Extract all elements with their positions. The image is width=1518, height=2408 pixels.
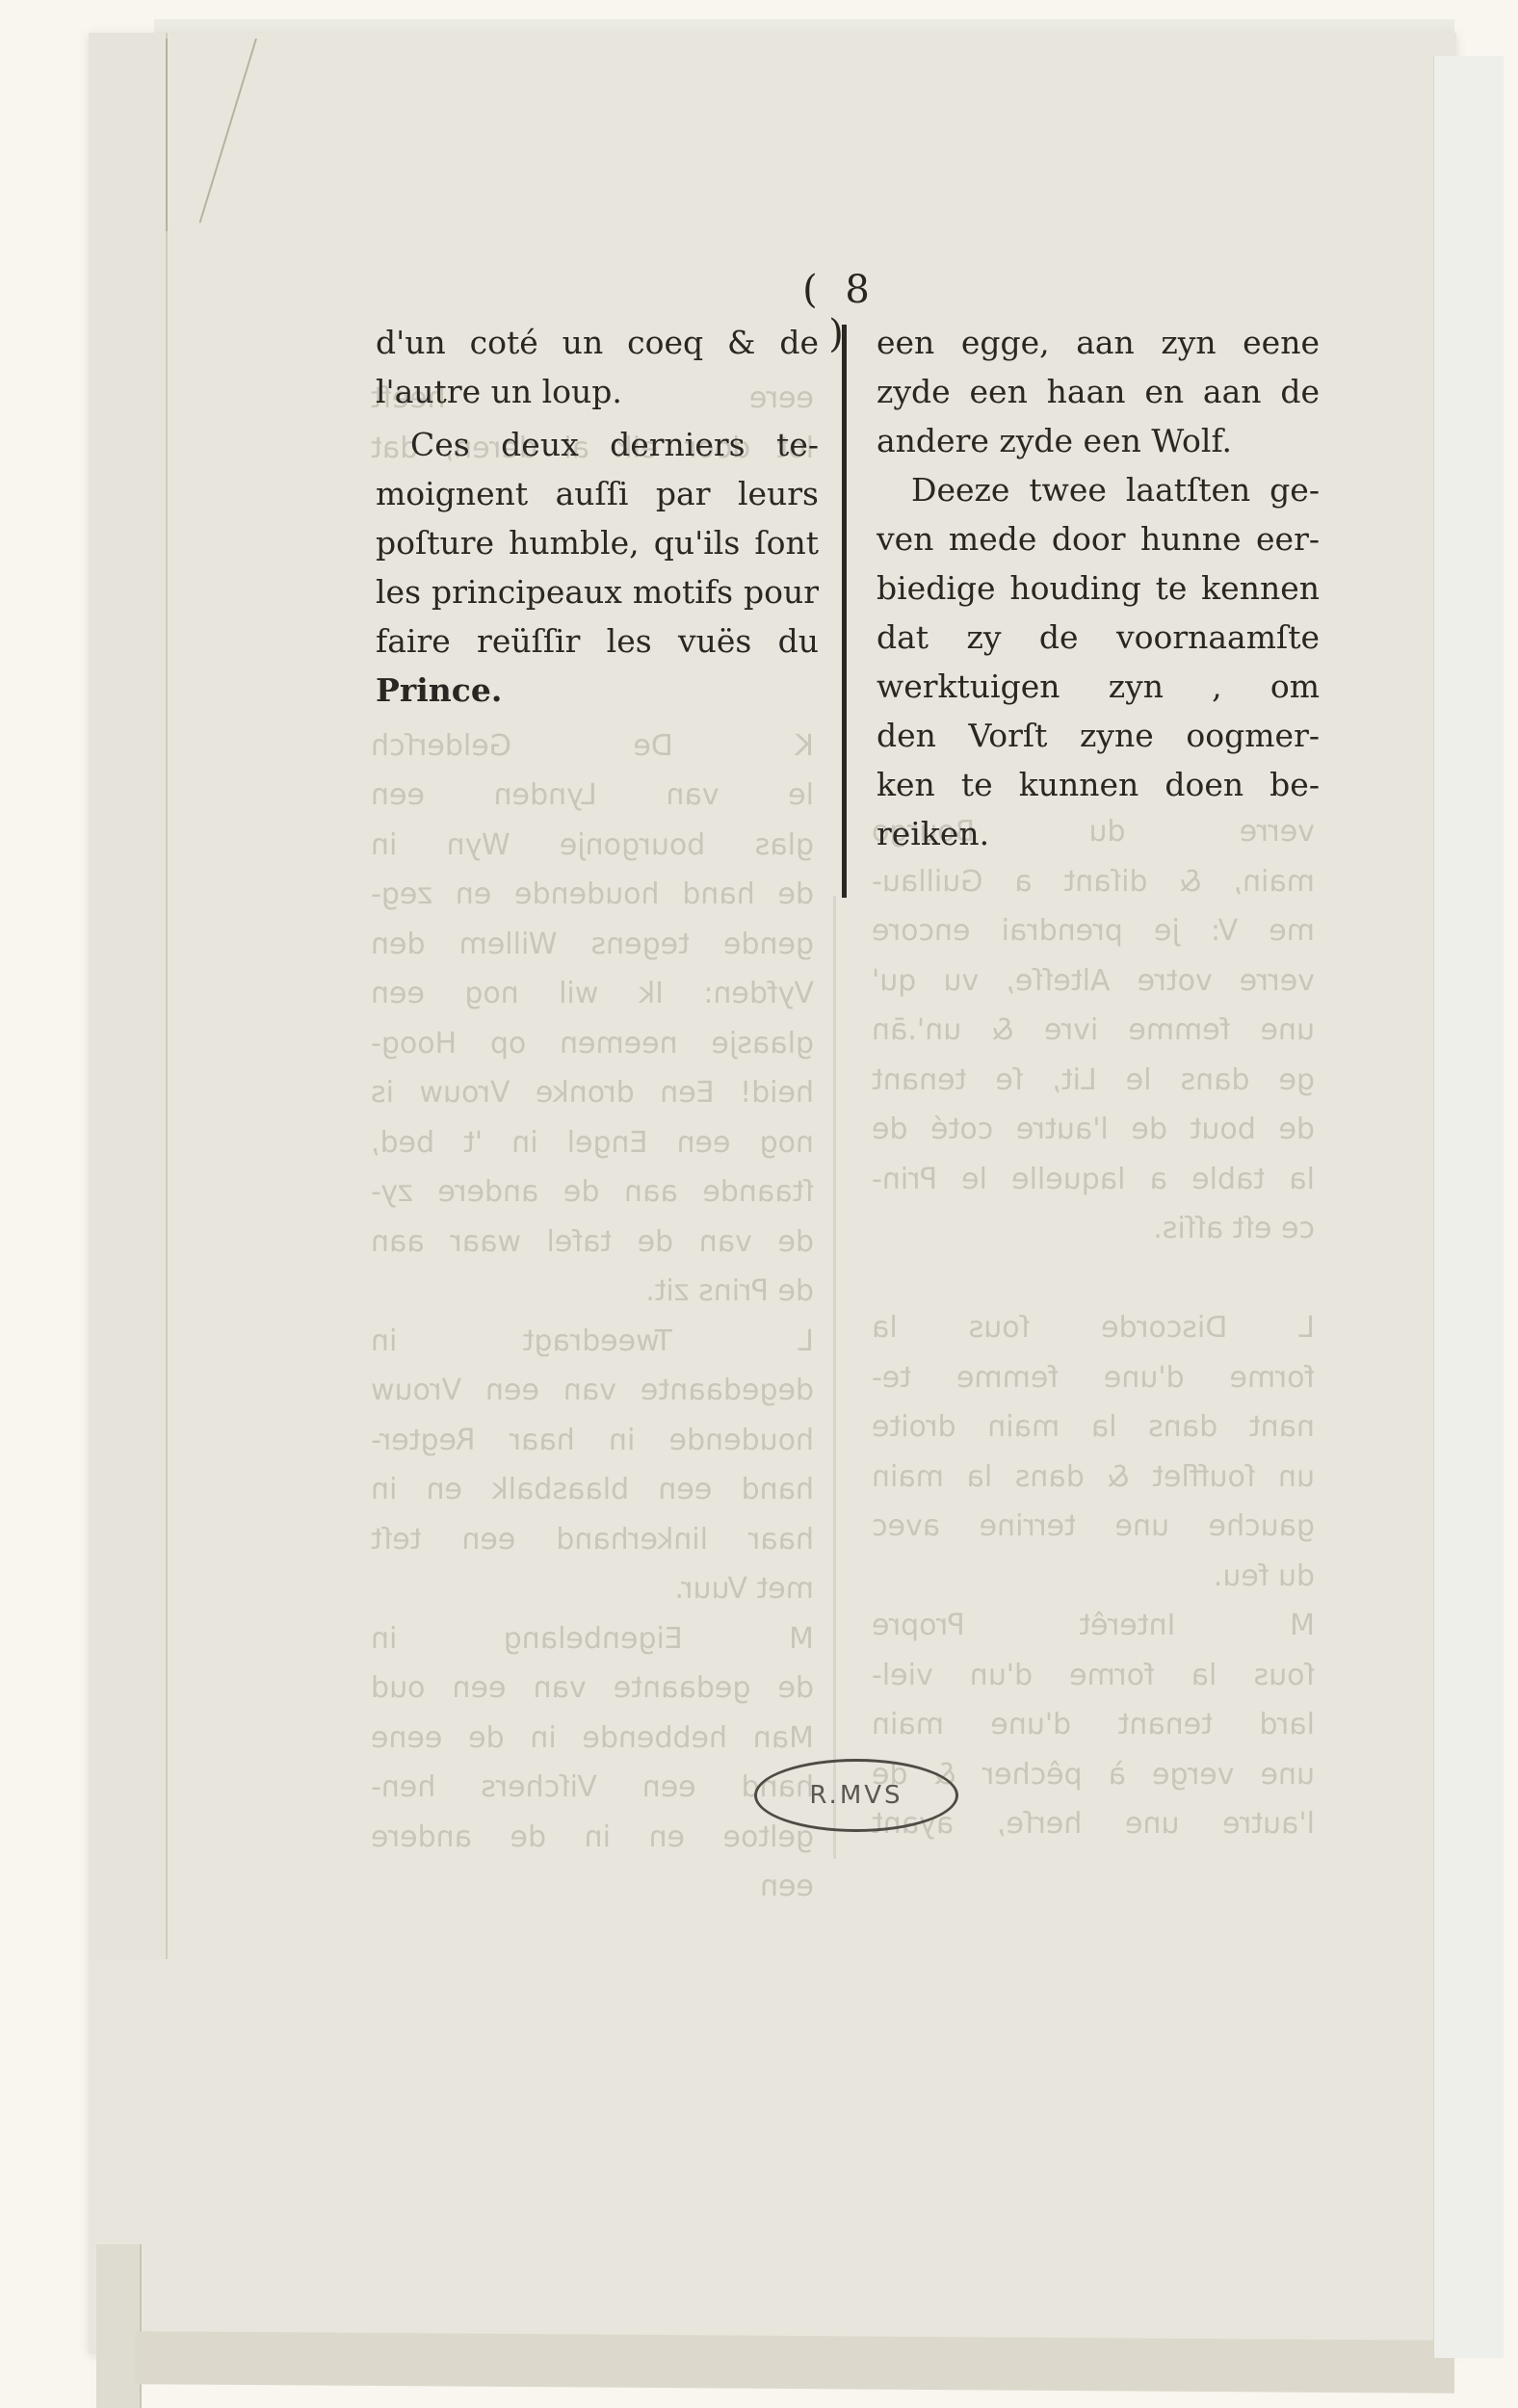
text-line: ven mede door hunne eer- xyxy=(877,514,1320,563)
bleed-line: degedaante van een Vrouw xyxy=(371,1366,814,1416)
bleed-line: un ſoufflet & dans la main xyxy=(872,1453,1315,1503)
bleed-line: M Eigenbelang in xyxy=(371,1614,814,1664)
text-line: zyde een haan en aan de xyxy=(877,367,1320,416)
bleed-line: de Prins zit. xyxy=(371,1267,814,1317)
bleed-line: met Vuur. xyxy=(371,1564,814,1614)
bleed-line: glas bourgonje Wyn in xyxy=(371,821,814,871)
bleed-line: le van Lynden een xyxy=(371,771,814,821)
paper-binding-strip xyxy=(1433,56,1504,2358)
text-line: Ces deux derniers te- xyxy=(376,420,819,469)
text-line: Prince. xyxy=(376,666,819,715)
text-line: Deeze twee laatſten ge- xyxy=(877,465,1320,514)
bleed-line: M Interêt Propre xyxy=(872,1601,1315,1651)
paper-tear-line xyxy=(166,39,168,231)
bleed-line: me V: je prendrai encore xyxy=(872,906,1315,956)
text-line: andere zyde een Wolf. xyxy=(877,416,1320,465)
bleed-line: L Tweedragt in xyxy=(371,1317,814,1367)
bleed-line: ſtaande aan de andere zy- xyxy=(371,1167,814,1217)
paper-left-fold-strip xyxy=(89,33,168,1959)
text-line: reiken. xyxy=(877,809,1320,858)
bleed-line xyxy=(872,1254,1315,1304)
bleed-line: forme d'une femme te- xyxy=(872,1353,1315,1403)
bleed-line: lard tenant d'une main xyxy=(872,1700,1315,1750)
text-line: een egge, aan zyn eene xyxy=(877,318,1320,367)
text-line: poſture humble, qu'ils ſont xyxy=(376,518,819,567)
left-column-french: d'un coté un coeq & de l'autre un loup. … xyxy=(376,318,819,715)
bleed-line: une femme ivre & un'.ān xyxy=(872,1006,1315,1056)
bleed-line: een xyxy=(371,1862,814,1912)
bleed-line: houdende in haar Regter- xyxy=(371,1416,814,1466)
bleed-line: nant dans la main droite xyxy=(872,1402,1315,1453)
bleed-line: la table a laquelle le Prin- xyxy=(872,1155,1315,1205)
bleed-line: Man hebbende in de eene xyxy=(371,1714,814,1764)
paper-bottom-edge xyxy=(135,2331,1454,2394)
bleed-line: gende tegens Willem den xyxy=(371,920,814,970)
bleed-line: haar linkerhand een teſt xyxy=(371,1515,814,1565)
text-line: dat zy de voornaamſte xyxy=(877,613,1320,662)
text-line: ken te kunnen doen be- xyxy=(877,760,1320,809)
bleed-line: de van de tafel waar aan xyxy=(371,1217,814,1268)
bleed-line: glaasje neemen op Hoog- xyxy=(371,1019,814,1069)
bleed-line: K De Gelderſch xyxy=(371,721,814,772)
bleed-line: main, & diſant a Guillau- xyxy=(872,857,1315,907)
bleed-line: L Discorde ſous la xyxy=(872,1303,1315,1353)
stamp-text: R.MVS xyxy=(809,1781,903,1810)
bleed-through-right-column: verre du Bourgo main, & diſant a Guillau… xyxy=(872,807,1315,1849)
bleed-line: hand een Viſchers hen- xyxy=(371,1763,814,1813)
bleed-line: heid! Een dronke Vrouw is xyxy=(371,1068,814,1118)
text-line: les principeaux motifs pour xyxy=(376,567,819,616)
text-line: l'autre un loup. xyxy=(376,367,819,416)
bleed-line: ge dans le Lit, ſe tenant xyxy=(872,1056,1315,1106)
text-line: werktuigen zyn , om xyxy=(877,662,1320,711)
bleed-line: hand een blaasbalk en in xyxy=(371,1465,814,1515)
bleed-line: gauche une terrine avec xyxy=(872,1502,1315,1552)
bleed-line: nog een Engel in 't bed, xyxy=(371,1118,814,1168)
right-column-dutch: een egge, aan zyn eene zyde een haan en … xyxy=(877,318,1320,858)
text-line: moignent auſſi par leurs xyxy=(376,469,819,518)
bleed-line: ce eſt aſſis. xyxy=(872,1204,1315,1254)
bleed-line: ſous la forme d'un viel- xyxy=(872,1651,1315,1701)
bleed-line: geltoe en in de andere xyxy=(371,1813,814,1863)
text-line: faire reüſſir les vuës du xyxy=(376,616,819,666)
bleed-line: de gedaante van een oud xyxy=(371,1663,814,1714)
bleed-line: verre votre Alteſſe, vu qu' xyxy=(872,956,1315,1007)
bleed-line: de bout de l'autre coté de xyxy=(872,1105,1315,1155)
bleed-line: du feu. xyxy=(872,1552,1315,1602)
bleed-through-divider xyxy=(833,896,836,1859)
text-line: biedige houding te kennen xyxy=(877,563,1320,613)
bleed-line: Vyfden: Ik wil nog een xyxy=(371,969,814,1019)
bleed-line: de hand houdende en zeg- xyxy=(371,870,814,920)
text-line: d'un coté un coeq & de xyxy=(376,318,819,367)
museum-stamp: R.MVS xyxy=(754,1759,958,1832)
text-line: den Vorſt zyne oogmer- xyxy=(877,711,1320,760)
column-divider-rule xyxy=(842,325,847,898)
